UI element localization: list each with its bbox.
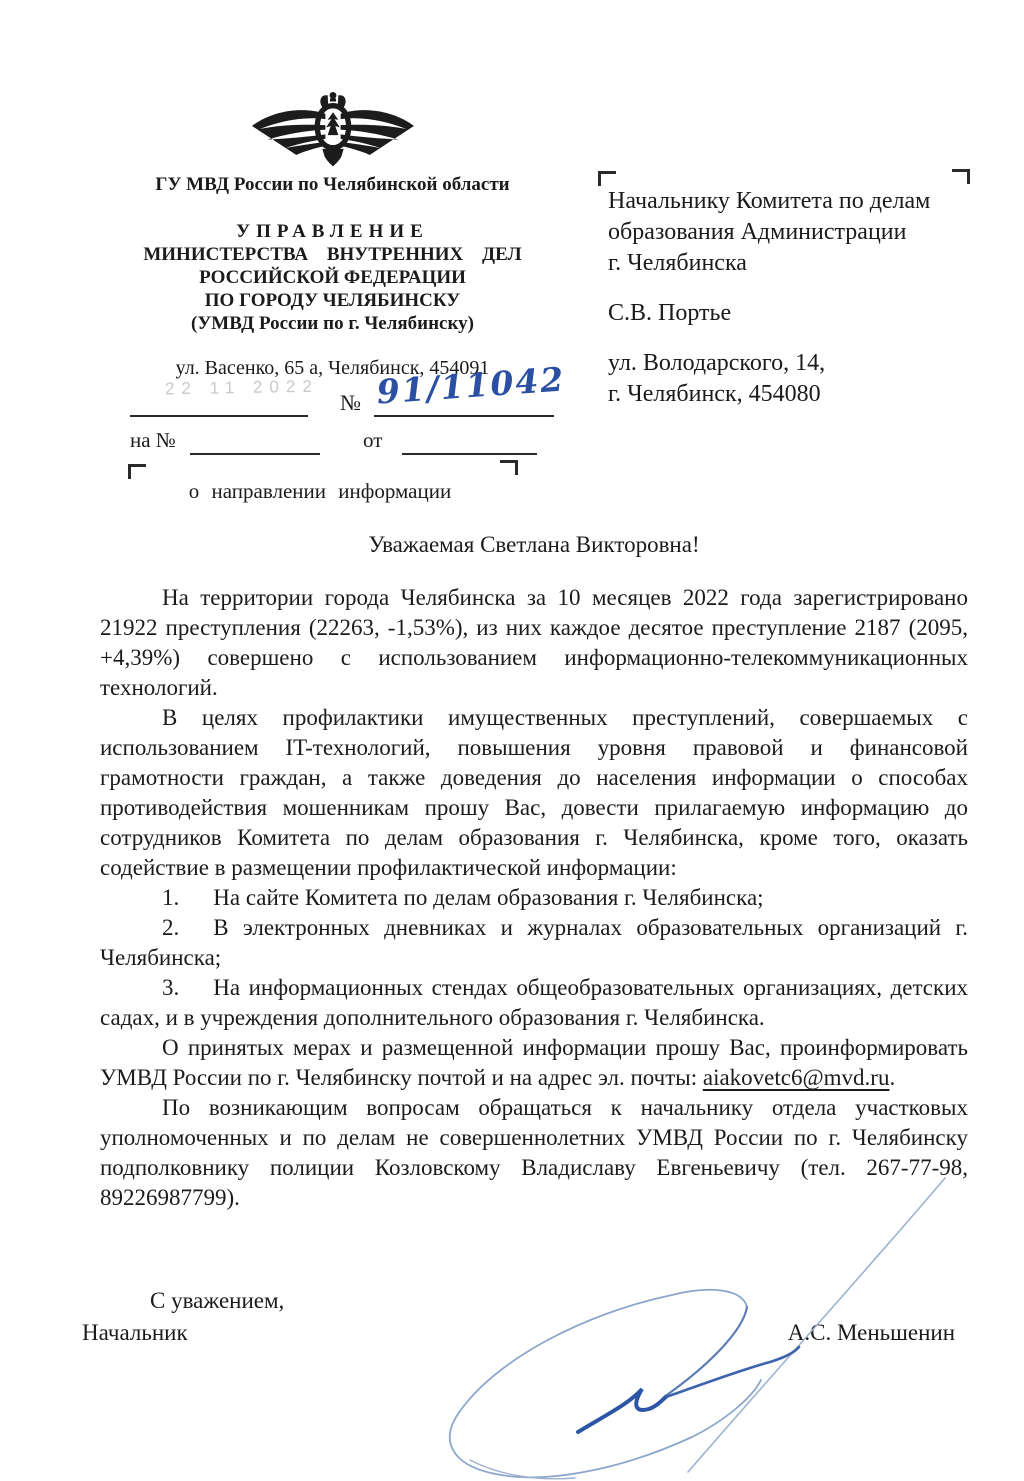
org-name-line: (УМВД России по г. Челябинску) — [95, 312, 570, 335]
letter-page: ГУ МВД России по Челябинской области УПР… — [0, 0, 1024, 1481]
salutation: Уважаемая Светлана Викторовна! — [100, 520, 968, 560]
closing-row: Начальник А.С. Меньшенин — [82, 1318, 955, 1348]
closing-regards: С уважением, — [150, 1288, 955, 1314]
list-text: На информационных стендах общеобразовате… — [100, 975, 968, 1030]
ref-number-underline — [190, 452, 320, 455]
signer-name: А.С. Меньшенин — [788, 1318, 955, 1348]
org-name-line: МИНИСТЕРСТВА ВНУТРЕННИХ ДЕЛ — [95, 243, 570, 266]
paragraph-purpose: В целях профилактики имущественных прест… — [100, 703, 968, 883]
number-underline — [374, 414, 554, 417]
paragraph-report-request: О принятых мерах и размещенной информаци… — [100, 1033, 968, 1093]
mvd-eagle-emblem — [249, 90, 417, 168]
list-number: 1. — [162, 885, 179, 910]
email-address: aiakovetc6@mvd.ru — [703, 1065, 890, 1090]
list-number: 2. — [162, 915, 179, 940]
recipient-corner-mark-right — [952, 169, 970, 184]
recipient-address: ул. Володарского, 14, г. Челябинск, 4540… — [608, 348, 978, 410]
paragraph-contact: По возникающим вопросам обращаться к нач… — [100, 1093, 968, 1213]
recipient-address-line: ул. Володарского, 14, — [608, 348, 978, 379]
closing-block: С уважением, Начальник А.С. Меньшенин — [82, 1288, 955, 1348]
date-underline — [130, 414, 308, 417]
recipient-corner-mark-left — [598, 171, 616, 186]
recipient-block: Начальнику Комитета по делам образования… — [608, 186, 978, 410]
list-text: В электронных дневниках и журналах образ… — [100, 915, 968, 970]
org-name-line: УПРАВЛЕНИЕ — [95, 220, 570, 243]
recipient-line: г. Челябинска — [608, 248, 978, 279]
ref-date-underline — [402, 452, 537, 455]
ref-ot-label: от — [363, 428, 382, 453]
subject-line: о направлении информации — [150, 479, 490, 504]
signer-position: Начальник — [82, 1318, 188, 1348]
list-text: На сайте Комитета по делам образования г… — [213, 885, 763, 910]
number-date-row: 22 11 2022 № 91/11042 — [130, 370, 530, 420]
number-sign: № — [340, 390, 361, 416]
recipient-name: С.В. Портье — [608, 298, 978, 329]
recipient-line: Начальнику Комитета по делам — [608, 186, 978, 217]
subject-corner-mark-left — [128, 464, 146, 479]
recipient-address-line: г. Челябинск, 454080 — [608, 379, 978, 410]
org-name-line: ПО ГОРОДУ ЧЕЛЯБИНСКУ — [95, 289, 570, 312]
org-region-line: ГУ МВД России по Челябинской области — [95, 174, 570, 196]
subject-corner-mark-right — [500, 460, 518, 475]
reference-row: на № от — [130, 428, 530, 458]
org-name-line: РОССИЙСКОЙ ФЕДЕРАЦИИ — [95, 266, 570, 289]
letterhead: ГУ МВД России по Челябинской области УПР… — [95, 90, 570, 380]
list-item-2: 2.В электронных дневниках и журналах обр… — [100, 913, 968, 973]
letter-body: Уважаемая Светлана Викторовна! На террит… — [100, 520, 968, 1213]
list-item-1: 1.На сайте Комитета по делам образования… — [100, 883, 968, 913]
ref-na-label: на № — [130, 428, 176, 453]
paragraph-statistics: На территории города Челябинска за 10 ме… — [100, 583, 968, 703]
list-item-3: 3.На информационных стендах общеобразова… — [100, 973, 968, 1033]
date-stamp: 22 11 2022 — [165, 377, 319, 400]
list-number: 3. — [162, 975, 179, 1000]
org-name-block: УПРАВЛЕНИЕ МИНИСТЕРСТВА ВНУТРЕННИХ ДЕЛ Р… — [95, 220, 570, 335]
report-request-period: . — [889, 1065, 895, 1090]
recipient-line: образования Администрации — [608, 217, 978, 248]
